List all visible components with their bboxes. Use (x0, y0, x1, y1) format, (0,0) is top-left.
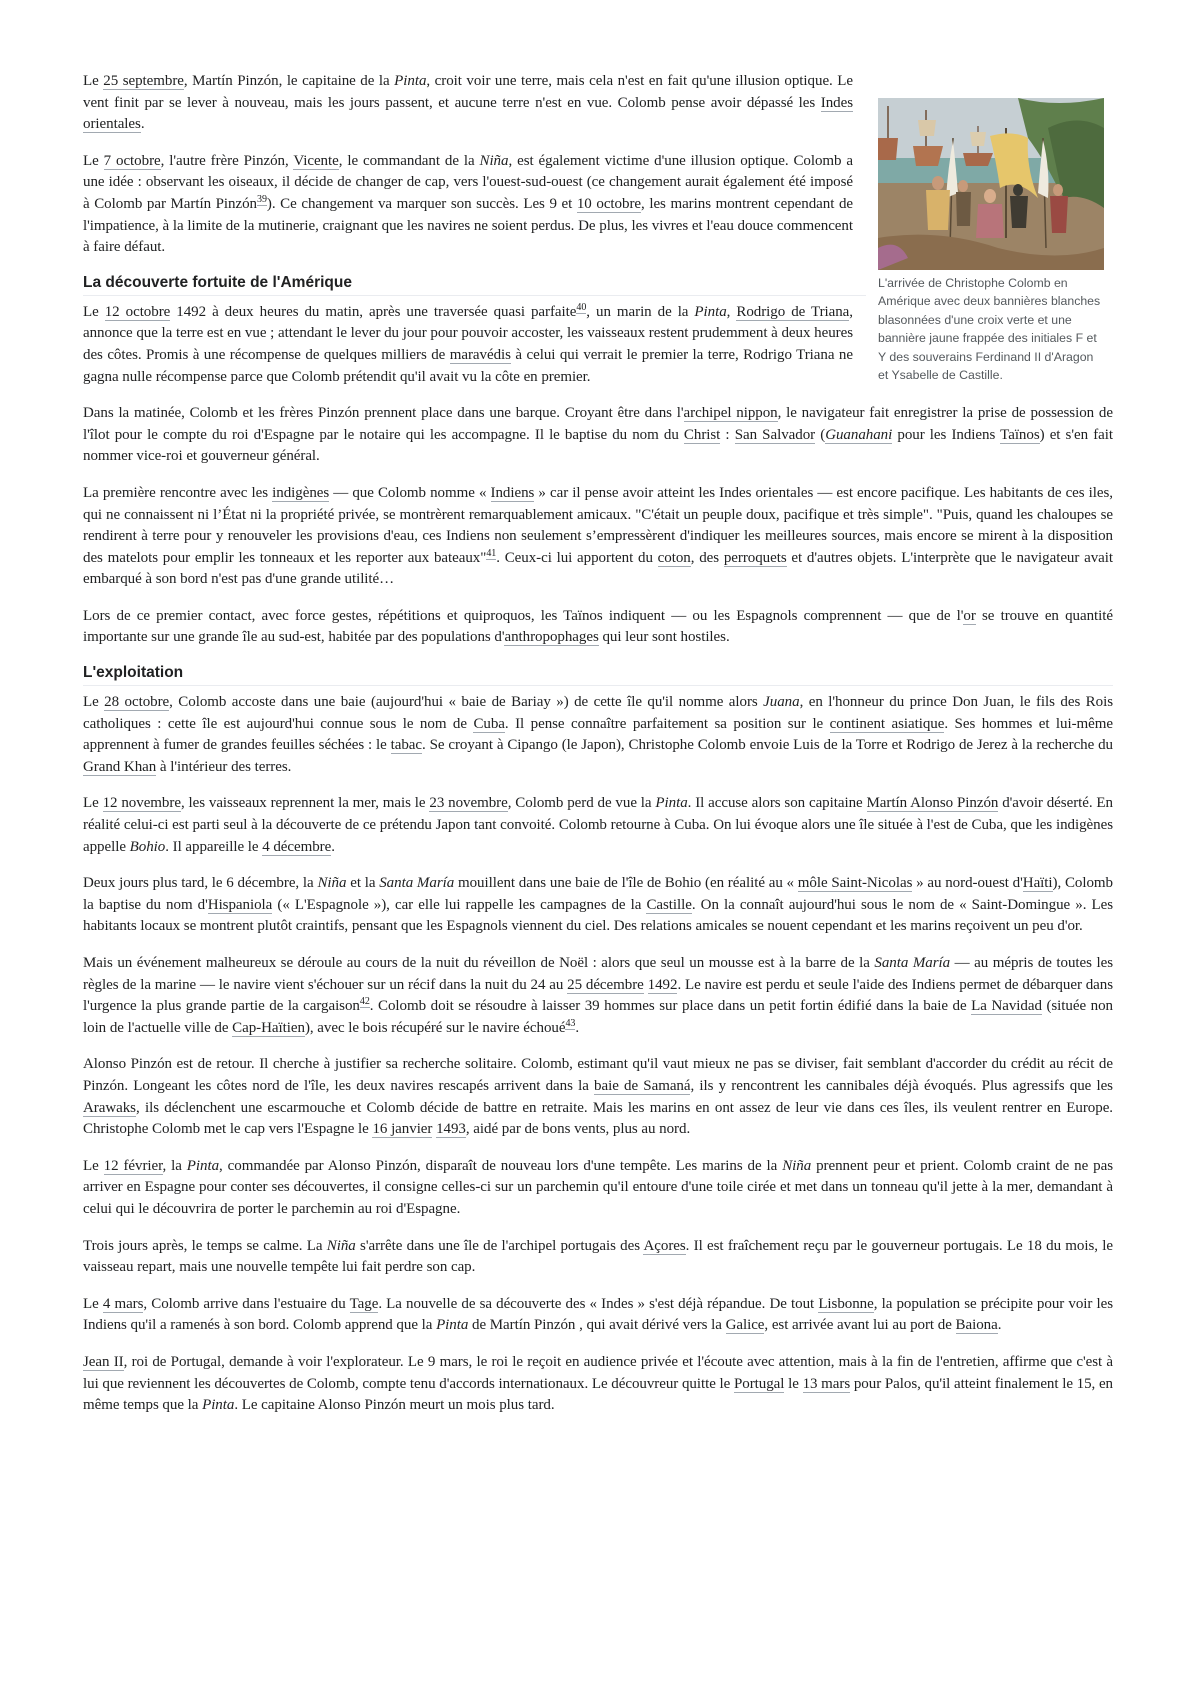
text: Le (83, 304, 105, 320)
link-san-salvador[interactable]: San Salvador (735, 427, 815, 444)
text: (« L'Espagnole »), car elle lui rappelle… (272, 897, 646, 913)
figure-thumbnail: L'arrivée de Christophe Colomb en Amériq… (878, 98, 1108, 384)
text: s'arrête dans une île de l'archipel port… (356, 1238, 644, 1254)
link-la-navidad[interactable]: La Navidad (971, 998, 1042, 1015)
text: , ils y rencontrent les cannibales déjà … (690, 1078, 1113, 1094)
link-13-mars[interactable]: 13 mars (803, 1376, 851, 1393)
text: . Il pense connaître parfaitement sa pos… (505, 716, 830, 732)
link-haiti[interactable]: Haïti (1023, 875, 1053, 892)
text: . Il appareille le (165, 839, 262, 855)
text: — que Colomb nomme « (329, 485, 490, 501)
text: ). Ce changement va marquer son succès. … (267, 196, 577, 212)
link-baie-de-samana[interactable]: baie de Samaná (594, 1078, 690, 1095)
text: La première rencontre avec les (83, 485, 272, 501)
link-anthropophages[interactable]: anthropophages (504, 629, 598, 646)
text: 1492 à deux heures du matin, après une t… (170, 304, 576, 320)
link-4-decembre[interactable]: 4 décembre (262, 839, 331, 856)
text: . Se croyant à Cipango (le Japon), Chris… (422, 737, 1113, 753)
text: , le commandant de la (339, 153, 480, 169)
paragraph: Trois jours après, le temps se calme. La… (83, 1236, 1113, 1279)
reference-40[interactable]: 40 (576, 302, 586, 314)
figure-caption: L'arrivée de Christophe Colomb en Amériq… (878, 274, 1104, 384)
text: : (720, 427, 734, 443)
paragraph: Le 25 septembre, Martín Pinzón, le capit… (83, 71, 853, 136)
ship-name: Niña (479, 153, 508, 169)
link-mole-saint-nicolas[interactable]: môle Saint-Nicolas (798, 875, 913, 892)
text: ( (815, 427, 825, 443)
link-1492[interactable]: 1492 (648, 977, 678, 994)
text: . Il accuse alors son capitaine (688, 795, 867, 811)
ship-name: Niña (327, 1238, 356, 1254)
link-guanahani[interactable]: Guanahani (825, 427, 892, 444)
text: , (727, 304, 737, 320)
text: . Colomb doit se résoudre à laisser 39 h… (370, 998, 971, 1014)
text: ), avec le bois récupéré sur le navire é… (305, 1020, 566, 1036)
columbus-landing-image[interactable] (878, 98, 1104, 270)
link-perroquets[interactable]: perroquets (724, 550, 787, 567)
link-archipel-nippon[interactable]: archipel nippon (684, 405, 778, 422)
paragraph: Le 12 octobre 1492 à deux heures du mati… (83, 302, 853, 388)
link-tainos[interactable]: Taïnos (1000, 427, 1039, 444)
text: , aidé par de bons vents, plus au nord. (466, 1121, 690, 1137)
article-body: L'arrivée de Christophe Colomb en Amériq… (83, 71, 1113, 1432)
link-23-novembre[interactable]: 23 novembre (429, 795, 507, 812)
text: . Le capitaine Alonso Pinzón meurt un mo… (234, 1397, 554, 1413)
section-heading-decouverte: La découverte fortuite de l'Amérique (83, 274, 866, 296)
text: , Colomb perd de vue la (508, 795, 656, 811)
link-cap-haitien[interactable]: Cap-Haïtien (232, 1020, 305, 1037)
link-martin-alonso-pinzon[interactable]: Martín Alonso Pinzón (867, 795, 999, 812)
text: , Colomb arrive dans l'estuaire du (143, 1296, 349, 1312)
reference-43[interactable]: 43 (565, 1018, 575, 1030)
text: , l'autre frère Pinzón, (161, 153, 294, 169)
text: . La nouvelle de sa découverte des « Ind… (378, 1296, 818, 1312)
link-portugal[interactable]: Portugal (734, 1376, 784, 1393)
text: » au nord-ouest d' (912, 875, 1022, 891)
text: . (998, 1317, 1002, 1333)
text: Le (83, 1296, 103, 1312)
text: , est arrivée avant lui au port de (764, 1317, 955, 1333)
paragraph: Deux jours plus tard, le 6 décembre, la … (83, 873, 1113, 938)
paragraph: Le 12 février, la Pinta, commandée par A… (83, 1156, 1113, 1221)
guanahani-italic: Guanahani (825, 427, 892, 443)
link-continent-asiatique[interactable]: continent asiatique (830, 716, 945, 733)
text: Mais un événement malheureux se déroule … (83, 955, 874, 971)
paragraph: La première rencontre avec les indigènes… (83, 483, 1113, 591)
text: Le (83, 73, 103, 89)
reference-39[interactable]: 39 (257, 194, 267, 206)
text: , un marin de la (586, 304, 694, 320)
text: le (784, 1376, 802, 1392)
paragraph: Dans la matinée, Colomb et les frères Pi… (83, 403, 1113, 468)
juana-italic: Juana (763, 694, 799, 710)
reference-41[interactable]: 41 (486, 548, 496, 560)
link-7-octobre[interactable]: 7 octobre (104, 153, 161, 170)
ship-name: Pinta (694, 304, 726, 320)
bohio-italic: Bohio (130, 839, 166, 855)
paragraph: Le 7 octobre, l'autre frère Pinzón, Vice… (83, 151, 853, 259)
text: qui leur sont hostiles. (599, 629, 730, 645)
link-10-octobre[interactable]: 10 octobre (577, 196, 641, 213)
paragraph: Le 12 novembre, les vaisseaux reprennent… (83, 793, 1113, 858)
ship-name: Pinta (436, 1317, 468, 1333)
text: Le (83, 694, 104, 710)
paragraph: Alonso Pinzón est de retour. Il cherche … (83, 1054, 1113, 1140)
ship-name: Pinta (187, 1158, 219, 1174)
ship-name: Santa María (874, 955, 950, 971)
ship-name: Pinta (655, 795, 687, 811)
link-jean-ii[interactable]: Jean II (83, 1354, 124, 1371)
link-rodrigo-de-triana[interactable]: Rodrigo de Triana (736, 304, 849, 321)
link-maravedis[interactable]: maravédis (450, 347, 511, 364)
link-12-octobre[interactable]: 12 octobre (105, 304, 171, 321)
link-coton[interactable]: coton (658, 550, 691, 567)
ship-name: Pinta (202, 1397, 234, 1413)
text: mouillent dans une baie de l'île de Bohi… (454, 875, 798, 891)
text: Le (83, 153, 104, 169)
link-tage[interactable]: Tage (350, 1296, 379, 1313)
paragraph: Mais un événement malheureux se déroule … (83, 953, 1113, 1039)
link-4-mars[interactable]: 4 mars (103, 1296, 144, 1313)
text: Deux jours plus tard, le 6 décembre, la (83, 875, 317, 891)
link-or[interactable]: or (963, 608, 975, 625)
ship-name: Santa María (379, 875, 454, 891)
text: , la (163, 1158, 187, 1174)
link-12-fevrier[interactable]: 12 février (104, 1158, 163, 1175)
link-acores[interactable]: Açores (643, 1238, 685, 1255)
link-baiona[interactable]: Baiona (956, 1317, 998, 1334)
paragraph: Lors de ce premier contact, avec force g… (83, 606, 1113, 649)
text: Le (83, 1158, 104, 1174)
text: Le (83, 795, 103, 811)
text: , les vaisseaux reprennent la mer, mais … (181, 795, 429, 811)
text: de Martín Pinzón , qui avait dérivé vers… (468, 1317, 725, 1333)
text: Dans la matinée, Colomb et les frères Pi… (83, 405, 684, 421)
link-christ[interactable]: Christ (684, 427, 720, 444)
painting-illustration (878, 98, 1104, 270)
text: , Martín Pinzón, le capitaine de la (184, 73, 394, 89)
text: , Colomb accoste dans une baie (aujourd'… (169, 694, 763, 710)
link-16-janvier[interactable]: 16 janvier (372, 1121, 432, 1138)
link-lisbonne[interactable]: Lisbonne (818, 1296, 873, 1313)
text: à l'intérieur des terres. (156, 759, 291, 775)
link-vicente[interactable]: Vicente (293, 153, 338, 170)
link-galice[interactable]: Galice (726, 1317, 765, 1334)
link-hispaniola[interactable]: Hispaniola (208, 897, 273, 914)
link-1493[interactable]: 1493 (436, 1121, 466, 1138)
text: . (575, 1020, 579, 1036)
text: Trois jours après, le temps se calme. La (83, 1238, 327, 1254)
paragraph: Le 4 mars, Colomb arrive dans l'estuaire… (83, 1294, 1113, 1337)
paragraph: Le 28 octobre, Colomb accoste dans une b… (83, 692, 1113, 778)
link-grand-khan[interactable]: Grand Khan (83, 759, 156, 776)
link-tabac[interactable]: tabac (391, 737, 422, 754)
text: . (331, 839, 335, 855)
link-12-novembre[interactable]: 12 novembre (103, 795, 181, 812)
link-cuba[interactable]: Cuba (473, 716, 504, 733)
text: et la (346, 875, 379, 891)
paragraph: Jean II, roi de Portugal, demande à voir… (83, 1352, 1113, 1417)
link-castille[interactable]: Castille (646, 897, 691, 914)
link-28-octobre[interactable]: 28 octobre (104, 694, 169, 711)
link-indigenes[interactable]: indigènes (272, 485, 329, 502)
text: Lors de ce premier contact, avec force g… (83, 608, 963, 624)
text: , des (691, 550, 724, 566)
link-indiens[interactable]: Indiens (491, 485, 535, 502)
ship-name: Pinta (394, 73, 426, 89)
link-25-decembre[interactable]: 25 décembre (567, 977, 644, 994)
text: pour les Indiens (892, 427, 1000, 443)
text: . (141, 116, 145, 132)
reference-42[interactable]: 42 (360, 996, 370, 1008)
ship-name: Niña (317, 875, 346, 891)
text: . Ceux-ci lui apportent du (496, 550, 657, 566)
ship-name: Niña (782, 1158, 811, 1174)
section-heading-exploitation: L'exploitation (83, 664, 1113, 686)
link-arawaks[interactable]: Arawaks (83, 1100, 136, 1117)
text: , commandée par Alonso Pinzón, disparaît… (219, 1158, 782, 1174)
link-25-septembre[interactable]: 25 septembre (103, 73, 184, 90)
